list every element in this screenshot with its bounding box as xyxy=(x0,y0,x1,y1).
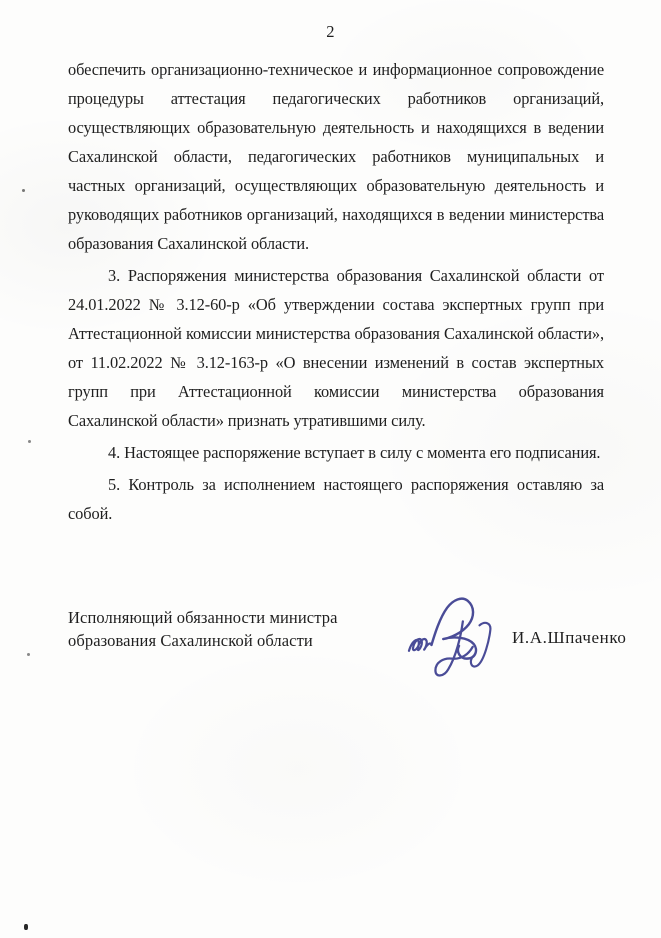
signatory-name: И.А.Шпаченко xyxy=(512,628,626,648)
signature-stroke-flourish xyxy=(432,599,477,659)
signature-stroke-loops xyxy=(409,639,432,651)
paragraph-item-3: 3. Распоряжения министерства образования… xyxy=(68,261,604,435)
signature-stroke-tail xyxy=(471,623,491,667)
document-body: обеспечить организационно-техническое и … xyxy=(68,55,604,528)
scan-speck xyxy=(24,924,28,930)
scan-speck xyxy=(22,189,25,192)
handwritten-signature-icon xyxy=(400,592,512,690)
paragraph-continuation: обеспечить организационно-техническое и … xyxy=(68,55,604,258)
paragraph-item-5: 5. Контроль за исполнением настоящего ра… xyxy=(68,470,604,528)
document-page: 2 обеспечить организационно-техническое … xyxy=(0,0,661,938)
signatory-title-line2: образования Сахалинской области xyxy=(68,629,338,652)
paragraph-item-4: 4. Настоящее распоряжение вступает в сил… xyxy=(68,438,604,467)
page-number: 2 xyxy=(0,22,661,42)
signatory-title-line1: Исполняющий обязанности министра xyxy=(68,606,338,629)
scan-speck xyxy=(27,653,30,656)
scan-speck xyxy=(28,440,31,443)
signatory-title: Исполняющий обязанности министра образов… xyxy=(68,606,338,652)
signature-stroke-descender xyxy=(435,621,472,675)
